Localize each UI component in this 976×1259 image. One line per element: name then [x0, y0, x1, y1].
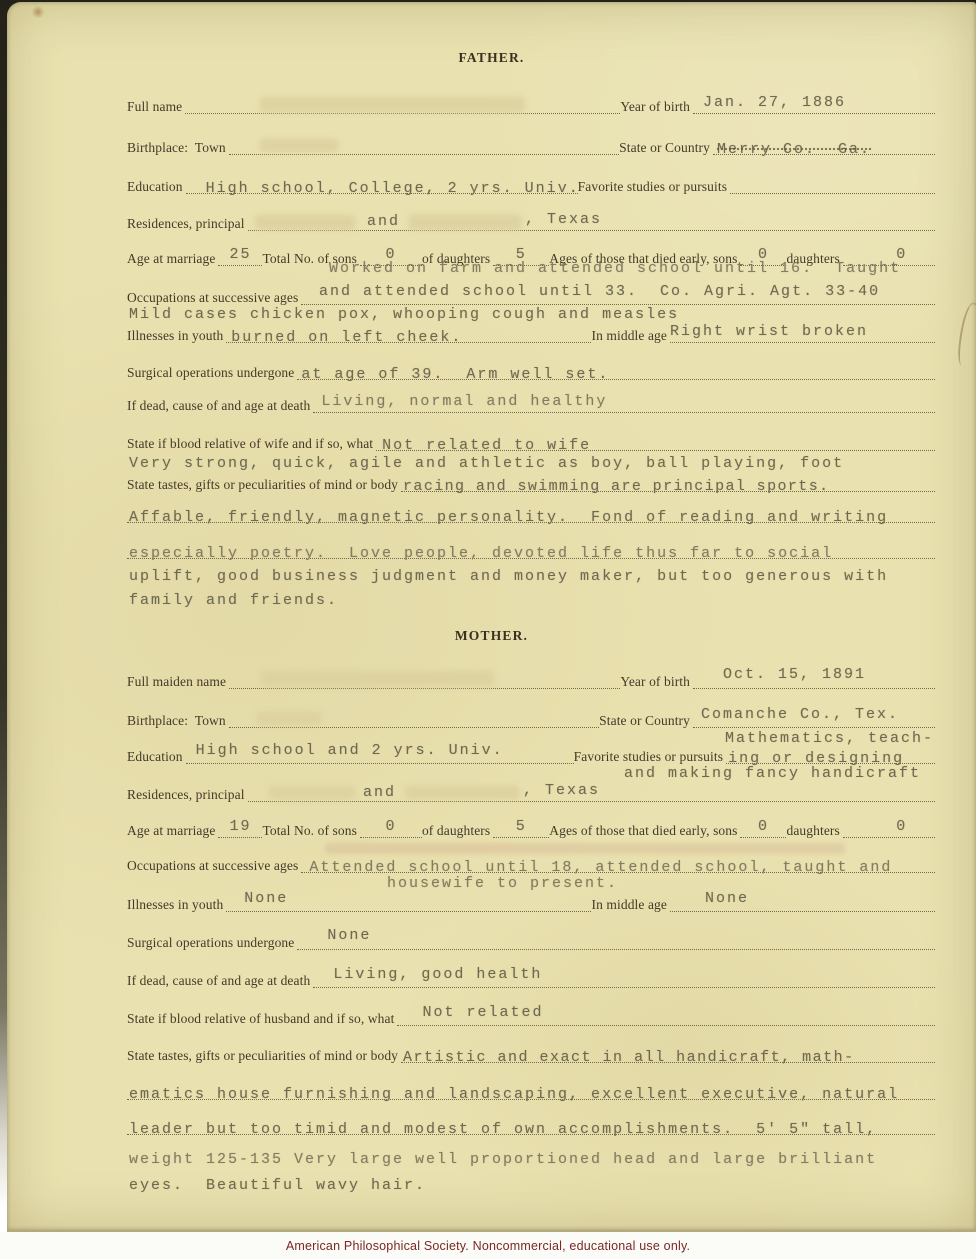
mother-maiden-name-label: Full maiden name	[127, 674, 229, 689]
mother-total-sons-label: Total No. of sons	[262, 823, 360, 838]
mother-tastes-line: Artistic and exact in all handicraft, ma…	[401, 1042, 935, 1063]
scanned-document: FATHER. Full name Year of birth Jan. 27,…	[0, 0, 976, 1259]
paper-edge-curl	[956, 301, 976, 366]
mother-illnesses-youth-label: Illnesses in youth	[127, 897, 226, 912]
father-residence2-redaction	[409, 215, 521, 230]
mother-tastes-cont1-line: ematics house furnishing and landscaping…	[127, 1079, 935, 1100]
footer-credit-text: American Philosophical Society. Noncomme…	[286, 1239, 690, 1253]
mother-died-early-daughters-label: daughters	[786, 823, 842, 838]
mother-education-label: Education	[127, 749, 186, 764]
paper-sheet: FATHER. Full name Year of birth Jan. 27,…	[7, 2, 976, 1232]
father-birthplace-redaction	[260, 139, 338, 152]
mother-education-line: High school and 2 yrs. Univ.	[186, 743, 574, 764]
mother-total-sons-line: 0	[360, 817, 422, 838]
mother-middle-age-label: In middle age	[591, 897, 670, 912]
mother-death-row: If dead, cause of and age at death Livin…	[127, 968, 935, 988]
mother-birthplace-row: Birthplace: Town State or Country Comanc…	[127, 708, 935, 728]
father-tastes-cont1-row: Affable, friendly, magnetic personality.…	[127, 503, 935, 523]
father-surgical-line: at age of 39. Arm well set.	[297, 359, 935, 380]
mother-ages-row: Age at marriage 19 Total No. of sons 0 o…	[127, 818, 935, 838]
father-death-row: If dead, cause of and age at death Livin…	[127, 393, 935, 413]
father-tastes-row: State tastes, gifts or peculiarities of …	[127, 472, 935, 492]
mother-age-marriage-line: 19	[218, 817, 262, 838]
father-blood-relative-line: Not related to wife	[376, 430, 935, 451]
father-year-of-birth-label: Year of birth	[620, 99, 693, 114]
mother-blood-relative-row: State if blood relative of husband and i…	[127, 1006, 935, 1026]
father-state-label: State or Country	[619, 140, 713, 155]
father-occupations-label: Occupations at successive ages	[127, 290, 301, 305]
mother-birthplace-label: Birthplace: Town	[127, 713, 229, 728]
mother-surgical-value: None	[327, 926, 371, 945]
father-death-line: Living, normal and healthy	[313, 392, 935, 413]
father-state-line: Merry Co. Ga.	[713, 134, 935, 155]
father-residence1-redaction	[255, 215, 355, 230]
mother-residences-label: Residences, principal	[127, 787, 248, 802]
father-tastes-cont2: especially poetry. Love people, devoted …	[129, 544, 833, 563]
father-tastes-label: State tastes, gifts or peculiarities of …	[127, 477, 401, 492]
father-state-value: Merry Co. Ga.	[717, 140, 871, 159]
mother-tastes-cont3: weight 125-135 Very large well proportio…	[129, 1150, 877, 1169]
father-death-label: If dead, cause of and age at death	[127, 398, 313, 413]
father-occupations-line	[301, 284, 935, 305]
mother-age-marriage-value: 19	[229, 817, 251, 836]
father-favorite-studies-label: Favorite studies or pursuits	[578, 179, 730, 194]
mother-illnesses-youth-line: None	[226, 891, 591, 912]
mother-year-of-birth-label: Year of birth	[620, 674, 693, 689]
father-tastes-cont1: Affable, friendly, magnetic personality.…	[129, 508, 888, 527]
father-age-marriage-value: 25	[229, 245, 251, 264]
mother-tastes-row: State tastes, gifts or peculiarities of …	[127, 1043, 935, 1063]
mother-middle-age-line: None	[670, 891, 935, 912]
mother-education-row: Education High school and 2 yrs. Univ. F…	[127, 744, 935, 764]
father-residences-suffix: , Texas	[525, 210, 602, 229]
mother-total-sons-value: 0	[385, 817, 396, 836]
mother-death-line: Living, good health	[313, 967, 935, 988]
father-middle-age-label: In middle age	[591, 328, 670, 343]
father-tastes-line: racing and swimming are principal sports…	[401, 471, 935, 492]
father-section-title: FATHER.	[7, 50, 976, 66]
mother-surgical-row: Surgical operations undergone None	[127, 930, 935, 950]
father-year-of-birth-line: Jan. 27, 1886	[693, 93, 935, 114]
mother-education-value: High school and 2 yrs. Univ.	[196, 741, 504, 760]
father-year-of-birth-value: Jan. 27, 1886	[703, 93, 846, 112]
mother-residence1-redaction	[269, 786, 355, 799]
father-age-marriage-label: Age at marriage	[127, 251, 218, 266]
mother-residence2-redaction	[405, 786, 519, 799]
father-tastes-value: racing and swimming are principal sports…	[403, 477, 829, 496]
father-tastes-cont3: uplift, good business judgment and money…	[129, 567, 888, 586]
father-age-marriage-line: 25	[218, 245, 262, 266]
paper-stain	[31, 6, 45, 18]
mother-occupations-line: Attended school until 18, attended schoo…	[301, 852, 935, 873]
father-illnesses-row: Illnesses in youth burned on left cheek.…	[127, 323, 935, 343]
father-tastes-cont2-row: especially poetry. Love people, devoted …	[127, 539, 935, 559]
mother-of-daughters-line: 5	[493, 817, 549, 838]
footer-bar: American Philosophical Society. Noncomme…	[0, 1232, 976, 1259]
mother-year-of-birth-line: Oct. 15, 1891	[693, 668, 935, 689]
mother-occupations-row: Occupations at successive ages Attended …	[127, 853, 935, 873]
mother-tastes-cont2: leader but too timid and modest of own a…	[129, 1120, 877, 1139]
mother-residences-suffix: , Texas	[523, 781, 600, 800]
father-middle-age-value: Right wrist broken	[670, 322, 868, 341]
mother-age-marriage-label: Age at marriage	[127, 823, 218, 838]
mother-death-value: Living, good health	[333, 965, 542, 984]
father-blood-relative-value: Not related to wife	[382, 436, 591, 455]
mother-tastes-value: Artistic and exact in all handicraft, ma…	[403, 1048, 855, 1067]
father-full-name-label: Full name	[127, 99, 185, 114]
father-education-row: Education High school, College, 2 yrs. U…	[127, 174, 935, 194]
father-name-redaction	[260, 97, 525, 112]
father-tastes-cont4: family and friends.	[129, 591, 338, 610]
mother-tastes-cont2-row: leader but too timid and modest of own a…	[127, 1115, 935, 1135]
father-residences-label: Residences, principal	[127, 216, 248, 231]
father-favorite-studies-line	[730, 173, 935, 194]
mother-residences-conjunction: and	[363, 783, 396, 802]
father-tastes-cont2-line: especially poetry. Love people, devoted …	[127, 538, 935, 559]
mother-tastes-cont1: ematics house furnishing and landscaping…	[129, 1085, 899, 1104]
father-surgical-value: at age of 39. Arm well set.	[301, 365, 609, 384]
father-illnesses-youth-value: burned on left cheek.	[231, 328, 462, 347]
mother-surgical-line: None	[297, 929, 935, 950]
father-birthplace-row: Birthplace: Town State or Country Merry …	[127, 135, 935, 155]
mother-state-value: Comanche Co., Tex.	[701, 705, 899, 724]
mother-tastes-cont2-line: leader but too timid and modest of own a…	[127, 1114, 935, 1135]
mother-died-early-daughters-line: 0	[843, 817, 935, 838]
father-tastes-cont1-line: Affable, friendly, magnetic personality.…	[127, 502, 935, 523]
mother-maiden-name-redaction	[262, 671, 494, 686]
father-full-name-row: Full name Year of birth Jan. 27, 1886	[127, 94, 935, 114]
mother-died-early-daughters-value: 0	[896, 817, 907, 836]
father-illnesses-youth-label: Illnesses in youth	[127, 328, 226, 343]
father-death-value: Living, normal and healthy	[321, 392, 607, 411]
mother-of-daughters-value: 5	[516, 817, 527, 836]
mother-favorite-studies-label: Favorite studies or pursuits	[574, 749, 726, 764]
mother-illnesses-youth-value: None	[244, 889, 288, 908]
mother-maiden-name-row: Full maiden name Year of birth Oct. 15, …	[127, 669, 935, 689]
mother-state-line: Comanche Co., Tex.	[693, 707, 935, 728]
father-occupations-line1: Worked on farm and attended school until…	[329, 259, 901, 278]
father-occupations-row: Occupations at successive ages	[127, 285, 935, 305]
mother-blood-relative-value: Not related	[422, 1003, 543, 1022]
mother-birthplace-redaction	[257, 712, 321, 725]
mother-state-label: State or Country	[599, 713, 693, 728]
mother-section-title: MOTHER.	[7, 628, 976, 644]
mother-died-early-sons-value: 0	[758, 817, 769, 836]
father-education-line: High school, College, 2 yrs. Univ.	[186, 173, 578, 194]
mother-blood-relative-label: State if blood relative of husband and i…	[127, 1011, 397, 1026]
father-birthplace-label: Birthplace: Town	[127, 140, 229, 155]
mother-tastes-cont1-row: ematics house furnishing and landscaping…	[127, 1080, 935, 1100]
father-education-label: Education	[127, 179, 186, 194]
mother-died-early-label: Ages of those that died early, sons	[549, 823, 740, 838]
mother-tastes-cont4: eyes. Beautiful wavy hair.	[129, 1176, 426, 1195]
mother-blood-relative-line: Not related	[397, 1005, 935, 1026]
mother-illnesses-row: Illnesses in youth None In middle age No…	[127, 892, 935, 912]
mother-surgical-label: Surgical operations undergone	[127, 935, 297, 950]
mother-year-of-birth-value: Oct. 15, 1891	[723, 665, 866, 684]
father-surgical-label: Surgical operations undergone	[127, 365, 297, 380]
mother-died-early-sons-line: 0	[740, 817, 786, 838]
mother-middle-age-value: None	[705, 889, 749, 908]
father-education-value: High school, College, 2 yrs. Univ.	[206, 179, 580, 198]
mother-of-daughters-label: of daughters	[422, 823, 493, 838]
father-illnesses-youth-line: burned on left cheek.	[226, 322, 591, 343]
mother-tastes-label: State tastes, gifts or peculiarities of …	[127, 1048, 401, 1063]
father-surgical-row: Surgical operations undergone at age of …	[127, 360, 935, 380]
mother-death-label: If dead, cause of and age at death	[127, 973, 313, 988]
mother-favorite-studies-line: ing or designing	[726, 743, 935, 764]
father-blood-relative-row: State if blood relative of wife and if s…	[127, 431, 935, 451]
father-middle-age-line: Right wrist broken	[670, 322, 935, 343]
father-residences-conjunction: and	[367, 212, 400, 231]
father-blood-relative-label: State if blood relative of wife and if s…	[127, 436, 376, 451]
mother-occupations-label: Occupations at successive ages	[127, 858, 301, 873]
